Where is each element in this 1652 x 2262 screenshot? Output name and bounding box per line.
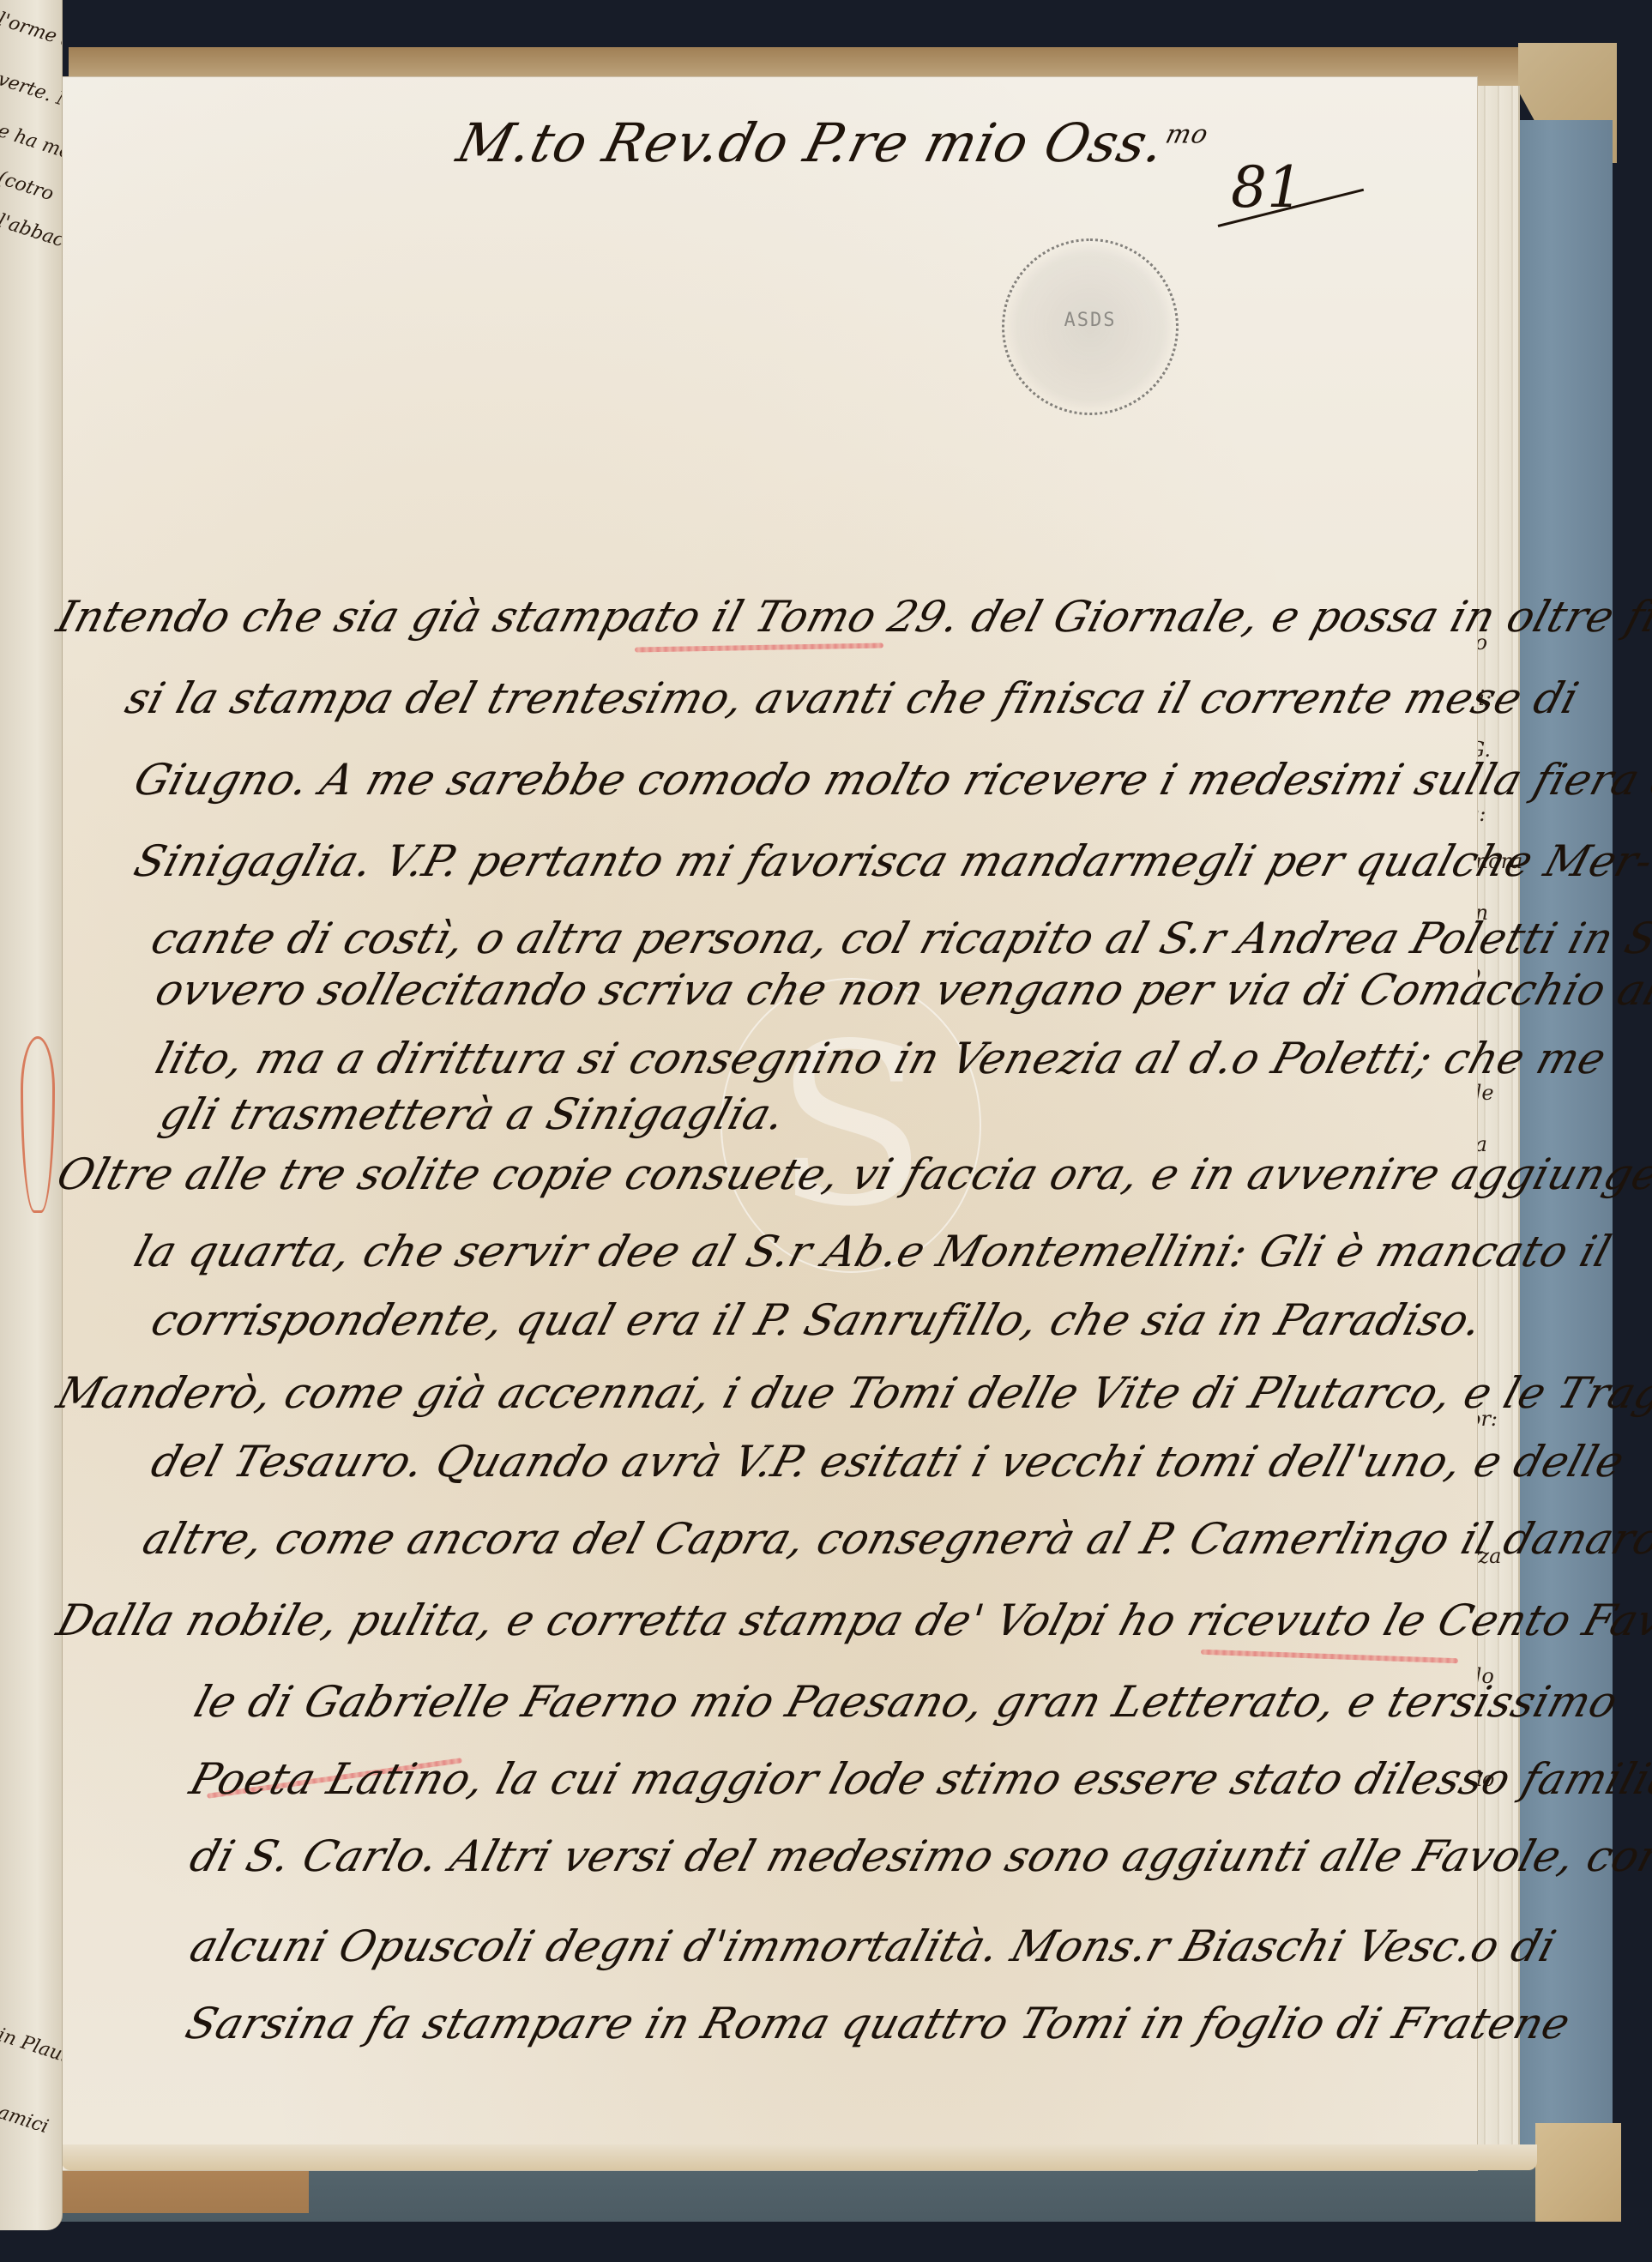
letter-line: di S. Carlo. Altri versi del medesimo so… (184, 1831, 1652, 1881)
stamp-text: ASDS (1004, 310, 1176, 331)
left-page-fragment: l'orme di (0, 9, 63, 55)
letter-line: Poeta Latino, la cui maggior lode stimo … (184, 1754, 1652, 1804)
salutation-superscript: mo (1162, 119, 1211, 149)
letter-line: gli trasmetterà a Sinigaglia. (154, 1089, 792, 1139)
library-stamp: ASDS (1002, 238, 1179, 415)
manuscript-photo: lo ri: G. s: inora in ò de ia or: rza do… (0, 0, 1652, 2262)
letter-line: Dalla nobile, pulita, e corretta stampa … (51, 1595, 1652, 1645)
letter-line: ovvero sollecitando scriva che non venga… (150, 965, 1652, 1015)
facing-page-edge: l'orme di verte. Non e ha me (cotro l'ab… (0, 0, 63, 2230)
letter-line: del Tesauro. Quando avrà V.P. esitati i … (146, 1437, 1630, 1487)
letter-line: cante di costì, o altra persona, col ric… (146, 914, 1652, 963)
letter-line: altre, come ancora del Capra, consegnerà… (137, 1514, 1652, 1564)
left-page-fragment: verte. Non (0, 69, 63, 120)
letter-line: Oltre alle tre solite copie consuete, vi… (51, 1149, 1652, 1199)
red-pencil-margin-mark (21, 1036, 55, 1213)
letter-line: le di Gabrielle Faerno mio Paesano, gran… (189, 1677, 1624, 1727)
letter-line: Sarsina fa stampare in Roma quattro Tomi… (180, 1999, 1576, 2048)
letter-line: corrispondente, qual era il P. Sanrufill… (146, 1295, 1488, 1345)
salutation-text: M.to Rev.do P.re mio Oss. (451, 112, 1173, 174)
letter-line: la quarta, che servir dee al S.r Ab.e Mo… (129, 1227, 1617, 1276)
sheet-bottom-deckle (62, 2144, 1537, 2170)
left-page-fragment: (cotro (0, 167, 56, 205)
letter-line: lito, ma a dirittura si consegnino in Ve… (150, 1034, 1612, 1083)
letter-line: Manderò, come già accennai, i due Tomi d… (51, 1368, 1652, 1418)
salutation: M.to Rev.do P.re mio Oss.mo (451, 112, 1214, 174)
letter-line: Intendo che sia già stampato il Tomo 29.… (51, 592, 1652, 642)
left-page-fragment: e ha me (0, 120, 63, 164)
left-page-fragment: in Plauto (0, 2024, 63, 2071)
letter-line: si la stampa del trentesimo, avanti che … (120, 673, 1584, 723)
left-page-fragment: amici (0, 2102, 51, 2138)
left-page-fragment: l'abbacio (0, 210, 63, 257)
letter-line: Giugno. A me sarebbe comodo molto riceve… (129, 755, 1652, 805)
letter-line: alcuni Opuscoli degni d'immortalità. Mon… (184, 1921, 1562, 1971)
letter-line: Sinigaglia. V.P. pertanto mi favorisca m… (129, 836, 1652, 886)
folio-number: 81 (1231, 154, 1303, 220)
leather-corner-bottom-right (1535, 2123, 1621, 2222)
